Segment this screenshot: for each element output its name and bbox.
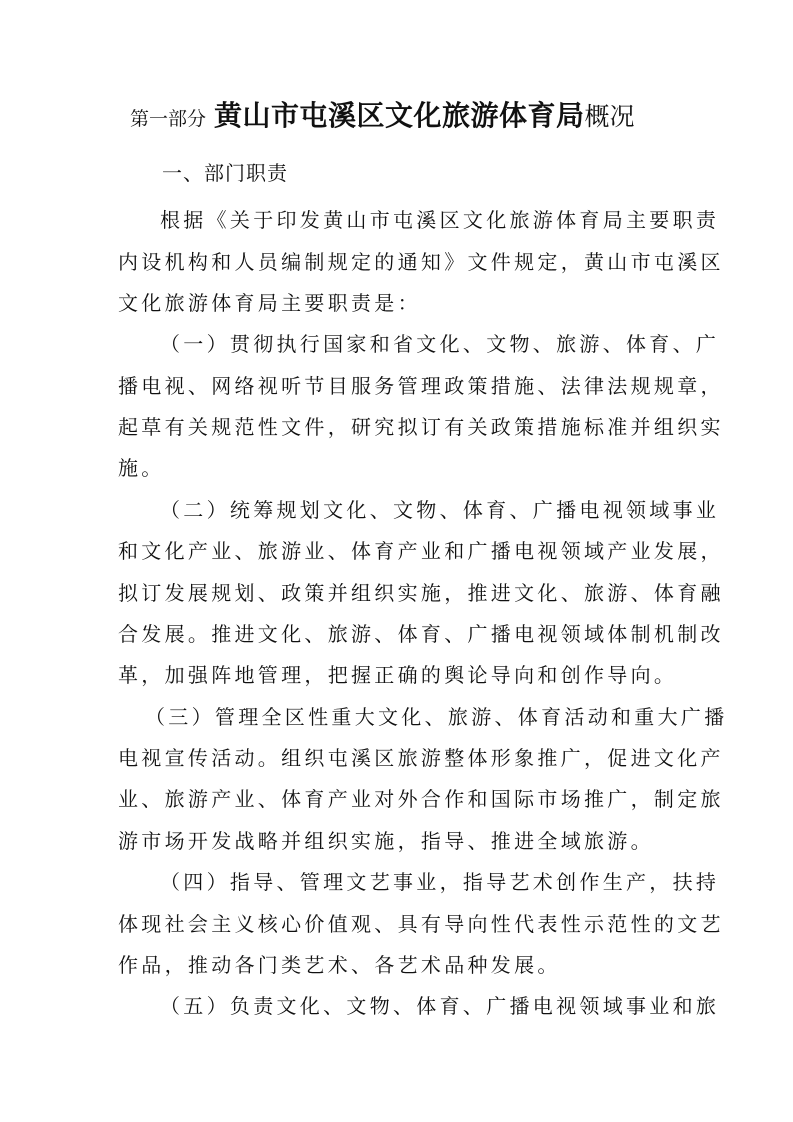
- paragraph-line: （三）管理全区性重大文化、旅游、体育活动和重大广播: [145, 702, 678, 732]
- title-main: 黄山市屯溪区文化旅游体育局: [214, 99, 585, 132]
- section-heading: 一、部门职责: [162, 158, 288, 188]
- paragraph-line: 文化旅游体育局主要职责是：: [118, 288, 678, 318]
- paragraph-line: 播电视、网络视听节目服务管理政策措施、法律法规规章，: [118, 371, 678, 401]
- paragraph-line: 作品，推动各门类艺术、各艺术品种发展。: [118, 950, 678, 980]
- paragraph-line: 和文化产业、旅游业、体育产业和广播电视领域产业发展，: [118, 536, 678, 566]
- paragraph-line: 业、旅游产业、体育产业对外合作和国际市场推广，制定旅: [118, 784, 678, 814]
- page-title: 第一部分黄山市屯溪区文化旅游体育局概况: [130, 96, 690, 140]
- paragraph-line: 体现社会主义核心价值观、具有导向性代表性示范性的文艺: [118, 909, 678, 939]
- paragraph-line: （一）贯彻执行国家和省文化、文物、旅游、体育、广: [160, 329, 678, 359]
- paragraph-line: 根据《关于印发黄山市屯溪区文化旅游体育局主要职责: [160, 205, 678, 235]
- paragraph-line: 游市场开发战略并组织实施，指导、推进全域旅游。: [118, 826, 678, 856]
- paragraph-line: 拟订发展规划、政策并组织实施，推进文化、旅游、体育融: [118, 578, 678, 608]
- paragraph-line: （五）负责文化、文物、体育、广播电视领域事业和旅: [160, 991, 678, 1021]
- paragraph-line: （四）指导、管理文艺事业，指导艺术创作生产，扶持: [160, 867, 678, 897]
- title-prefix: 第一部分: [130, 108, 206, 130]
- paragraph-line: 内设机构和人员编制规定的通知》文件规定，黄山市屯溪区: [118, 247, 678, 277]
- paragraph-line: 施。: [118, 453, 678, 483]
- document-page: 第一部分黄山市屯溪区文化旅游体育局概况 一、部门职责 根据《关于印发黄山市屯溪区…: [0, 0, 793, 1122]
- paragraph-line: 起草有关规范性文件，研究拟订有关政策措施标准并组织实: [118, 412, 678, 442]
- paragraph-line: 合发展。推进文化、旅游、体育、广播电视领域体制机制改: [118, 619, 678, 649]
- title-suffix: 概况: [585, 102, 635, 131]
- paragraph-line: （二）统筹规划文化、文物、体育、广播电视领域事业: [160, 495, 678, 525]
- paragraph-line: 革，加强阵地管理，把握正确的舆论导向和创作导向。: [118, 660, 678, 690]
- paragraph-line: 电视宣传活动。组织屯溪区旅游整体形象推广，促进文化产: [118, 743, 678, 773]
